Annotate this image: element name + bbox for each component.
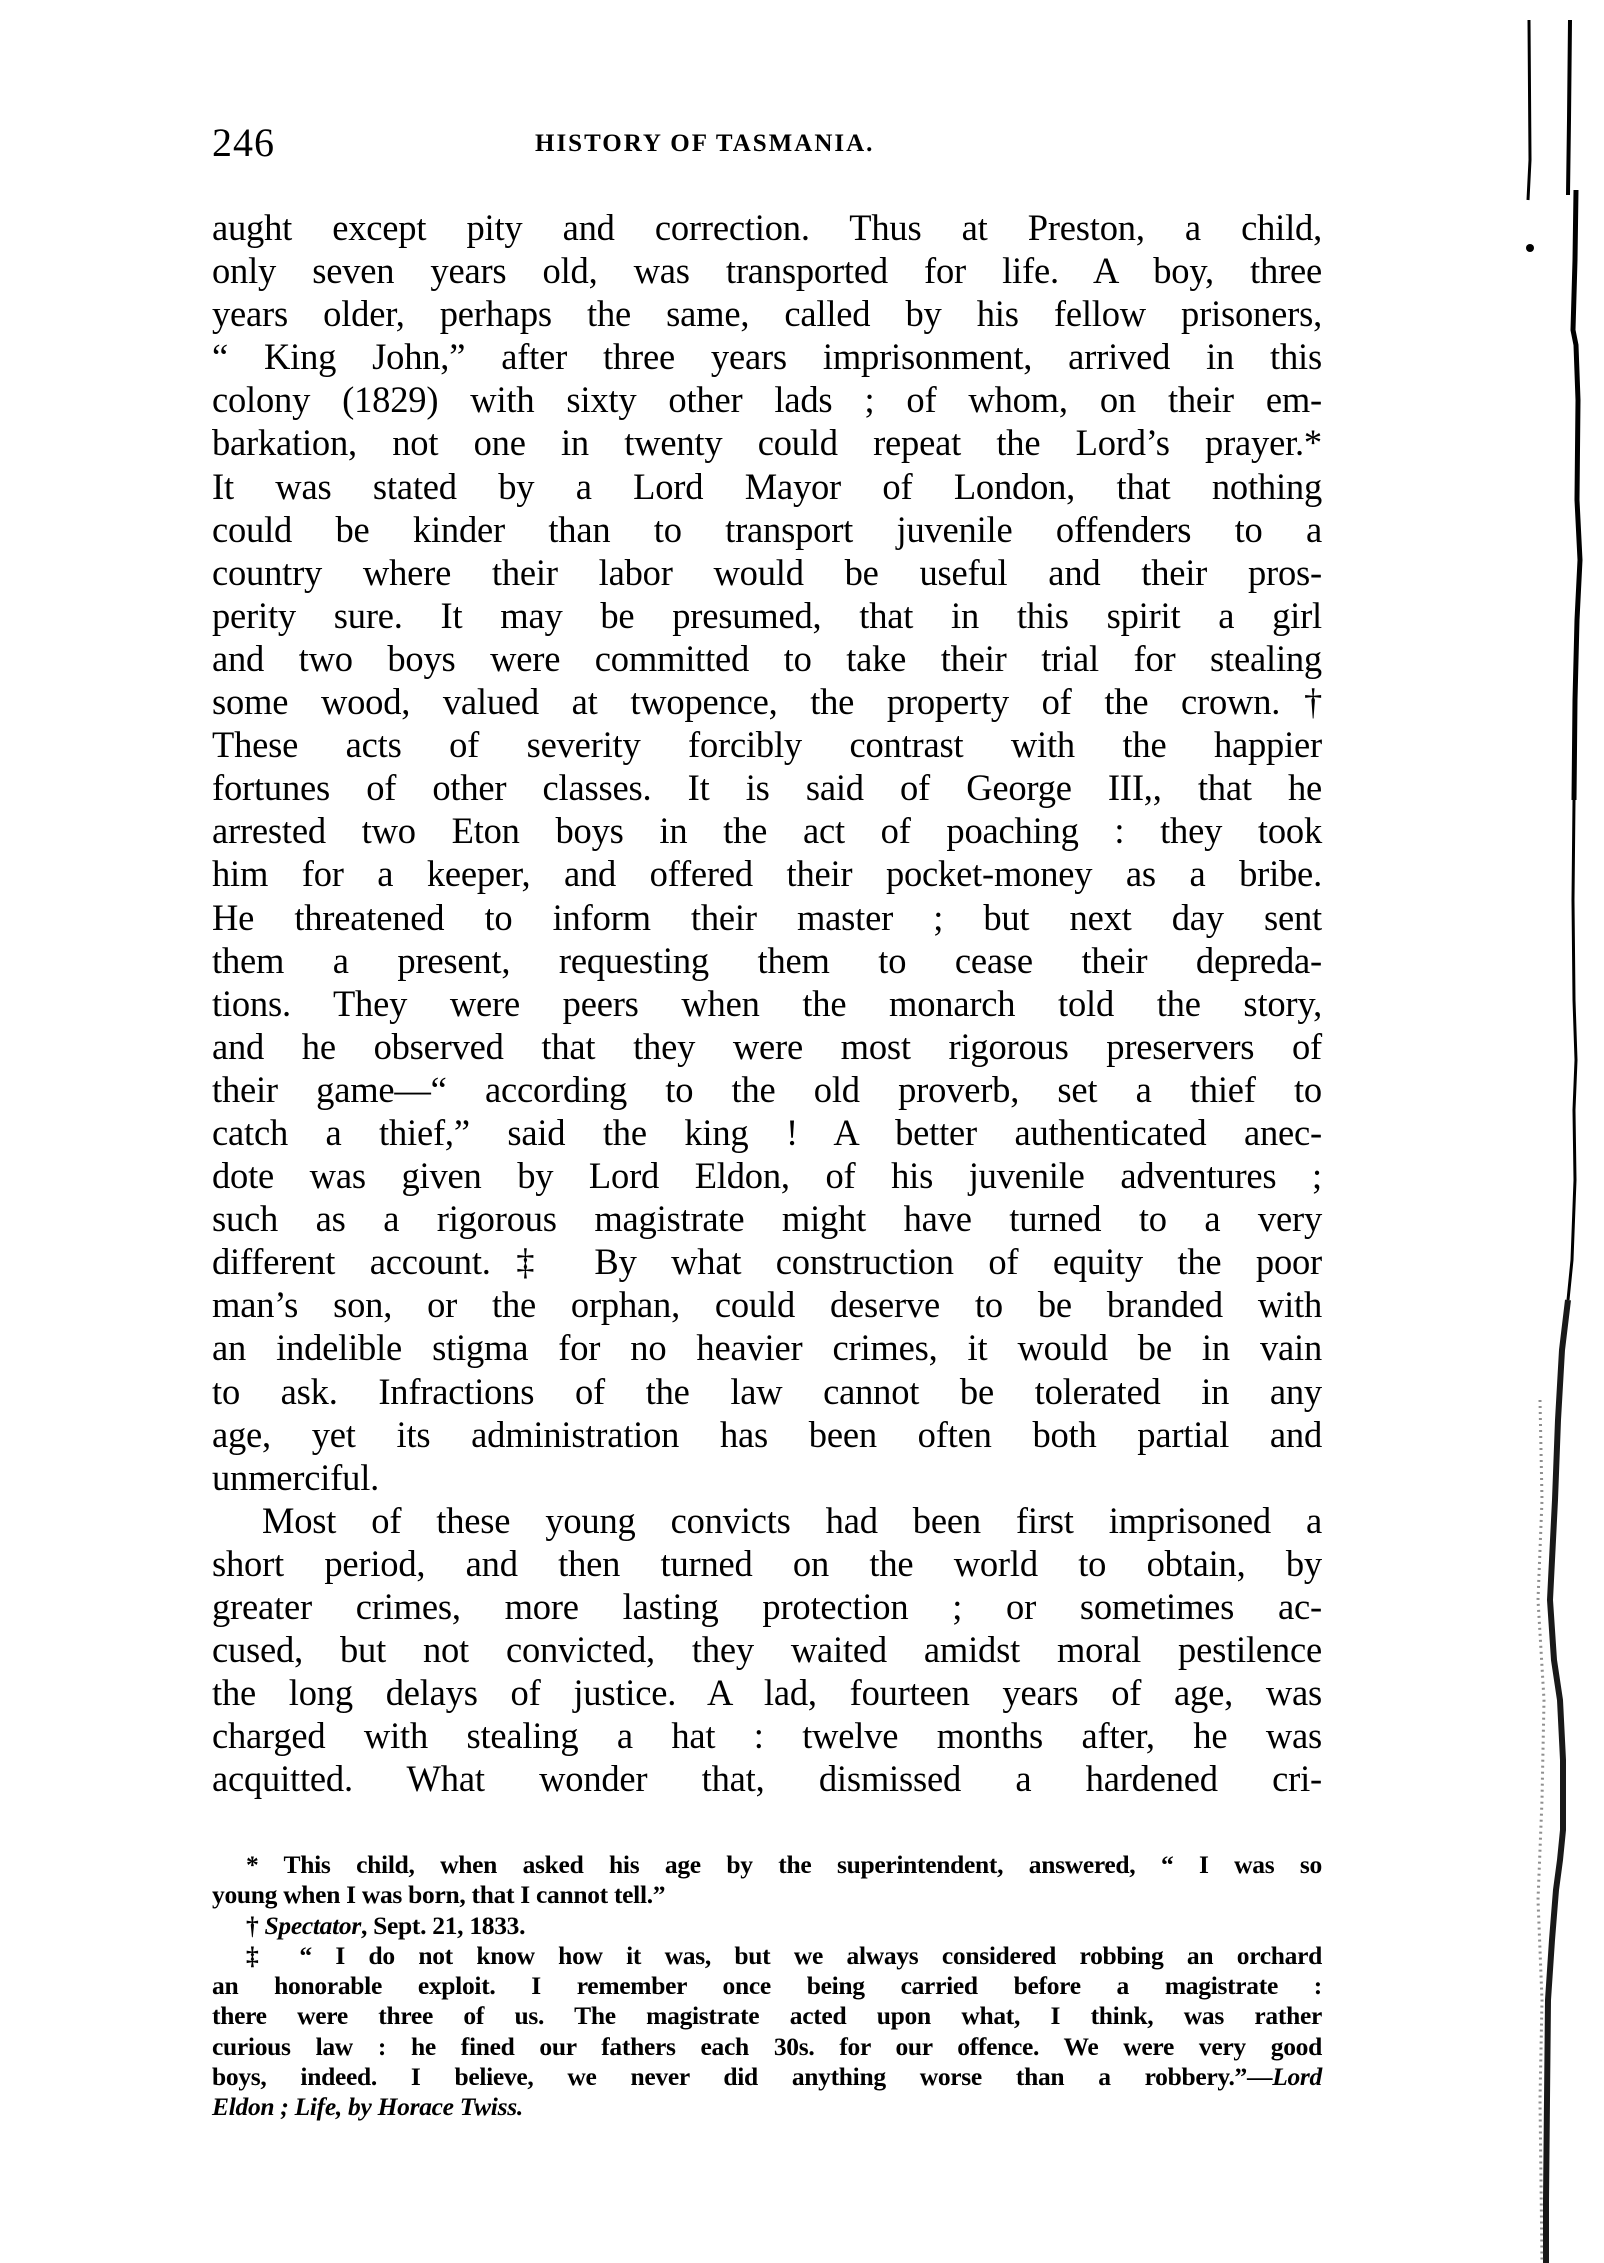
scanned-page-edge <box>1480 0 1604 2263</box>
footnote-1-line: * This child, when asked his age by the … <box>212 1850 1322 1880</box>
footnote-2: † Spectator, Sept. 21, 1833. <box>212 1911 1322 1941</box>
text-line: charged with stealing a hat : twelve mon… <box>212 1714 1322 1757</box>
text-line: country where their labor would be usefu… <box>212 551 1322 594</box>
text-line: age, yet its administration has been oft… <box>212 1413 1322 1456</box>
paragraph-start-line: Most of these young convicts had been fi… <box>212 1499 1322 1542</box>
page-number: 246 <box>212 118 275 168</box>
text-line: only seven years old, was transported fo… <box>212 249 1322 292</box>
text-line: barkation, not one in twenty could repea… <box>212 421 1322 464</box>
footnote-2-source: Spectator <box>265 1911 361 1940</box>
text-line: perity sure. It may be presumed, that in… <box>212 594 1322 637</box>
footnote-3-line: boys, indeed. I believe, we never did an… <box>212 2062 1322 2092</box>
text-line: arrested two Eton boys in the act of poa… <box>212 809 1322 852</box>
text-line: short period, and then turned on the wor… <box>212 1542 1322 1585</box>
text-line: their game—“ according to the old prover… <box>212 1068 1322 1111</box>
text-line: some wood, valued at twopence, the prope… <box>212 680 1322 723</box>
text-line: aught except pity and correction. Thus a… <box>212 206 1322 249</box>
text-line: them a present, requesting them to cease… <box>212 939 1322 982</box>
text-line: colony (1829) with sixty other lads ; of… <box>212 378 1322 421</box>
text-line: tions. They were peers when the monarch … <box>212 982 1322 1025</box>
text-line: such as a rigorous magistrate might have… <box>212 1197 1322 1240</box>
text-line: an indelible stigma for no heavier crime… <box>212 1326 1322 1369</box>
page-header: 246 HISTORY OF TASMANIA. <box>212 118 1322 168</box>
body-text: aught except pity and correction. Thus a… <box>212 206 1322 1800</box>
text-line: fortunes of other classes. It is said of… <box>212 766 1322 809</box>
text-line: greater crimes, more lasting protection … <box>212 1585 1322 1628</box>
footnote-3-attribution: Eldon ; Life, by Horace Twiss. <box>212 2092 1322 2122</box>
text-line: cused, but not convicted, they waited am… <box>212 1628 1322 1671</box>
footnote-3-line: there were three of us. The magistrate a… <box>212 2001 1322 2031</box>
book-page: 246 HISTORY OF TASMANIA. aught except pi… <box>0 0 1604 2263</box>
footnote-3-line: curious law : he fined our fathers each … <box>212 2032 1322 2062</box>
footnote-3-line: ‡ “ I do not know how it was, but we alw… <box>212 1941 1322 1971</box>
text-line: catch a thief,” said the king ! A better… <box>212 1111 1322 1154</box>
footnote-3-line: an honorable exploit. I remember once be… <box>212 1971 1322 2001</box>
footnote-2-date: , Sept. 21, 1833. <box>361 1911 525 1940</box>
text-line: to ask. Infractions of the law cannot be… <box>212 1370 1322 1413</box>
paragraph-end-line: unmerciful. <box>212 1456 1322 1499</box>
text-line: He threatened to inform their master ; b… <box>212 896 1322 939</box>
footnote-3-quote-end: boys, indeed. I believe, we never did an… <box>212 2062 1272 2091</box>
text-line: dote was given by Lord Eldon, of his juv… <box>212 1154 1322 1197</box>
text-line: “ King John,” after three years imprison… <box>212 335 1322 378</box>
text-line: It was stated by a Lord Mayor of London,… <box>212 465 1322 508</box>
text-line: These acts of severity forcibly contrast… <box>212 723 1322 766</box>
text-line: could be kinder than to transport juveni… <box>212 508 1322 551</box>
text-line: him for a keeper, and offered their pock… <box>212 852 1322 895</box>
text-line: acquitted. What wonder that, dismissed a… <box>212 1757 1322 1800</box>
footnote-1-line: young when I was born, that I cannot tel… <box>212 1880 1322 1910</box>
text-line: years older, perhaps the same, called by… <box>212 292 1322 335</box>
dagger-mark: † <box>246 1911 258 1940</box>
text-line: and he observed that they were most rigo… <box>212 1025 1322 1068</box>
text-line: the long delays of justice. A lad, fourt… <box>212 1671 1322 1714</box>
footnote-3-attribution: Lord <box>1272 2062 1322 2091</box>
text-line: different account.‡ By what construction… <box>212 1240 1322 1283</box>
running-title: HISTORY OF TASMANIA. <box>535 126 874 162</box>
footnotes: * This child, when asked his age by the … <box>212 1850 1322 2123</box>
text-line: and two boys were committed to take thei… <box>212 637 1322 680</box>
text-line: man’s son, or the orphan, could deserve … <box>212 1283 1322 1326</box>
